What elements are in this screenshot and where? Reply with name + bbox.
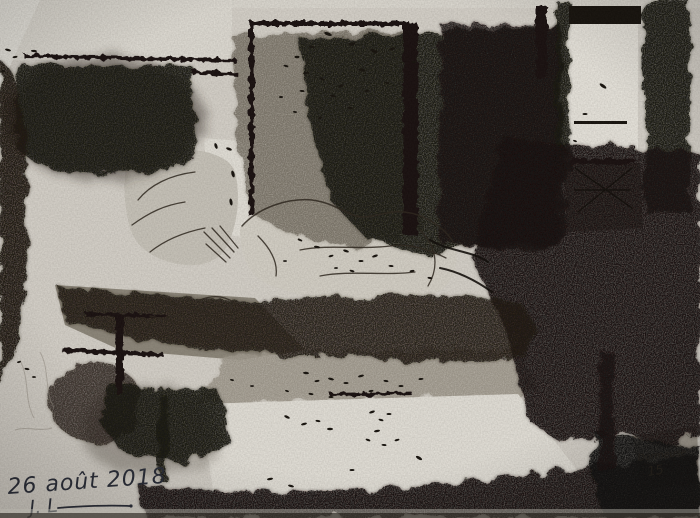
charcoal-drawing: 26 août 2018 J. L Dormeuse 15 <box>0 0 700 518</box>
photo-overlays <box>0 0 700 518</box>
artwork-photo: 26 août 2018 J. L Dormeuse 15 <box>0 0 700 518</box>
